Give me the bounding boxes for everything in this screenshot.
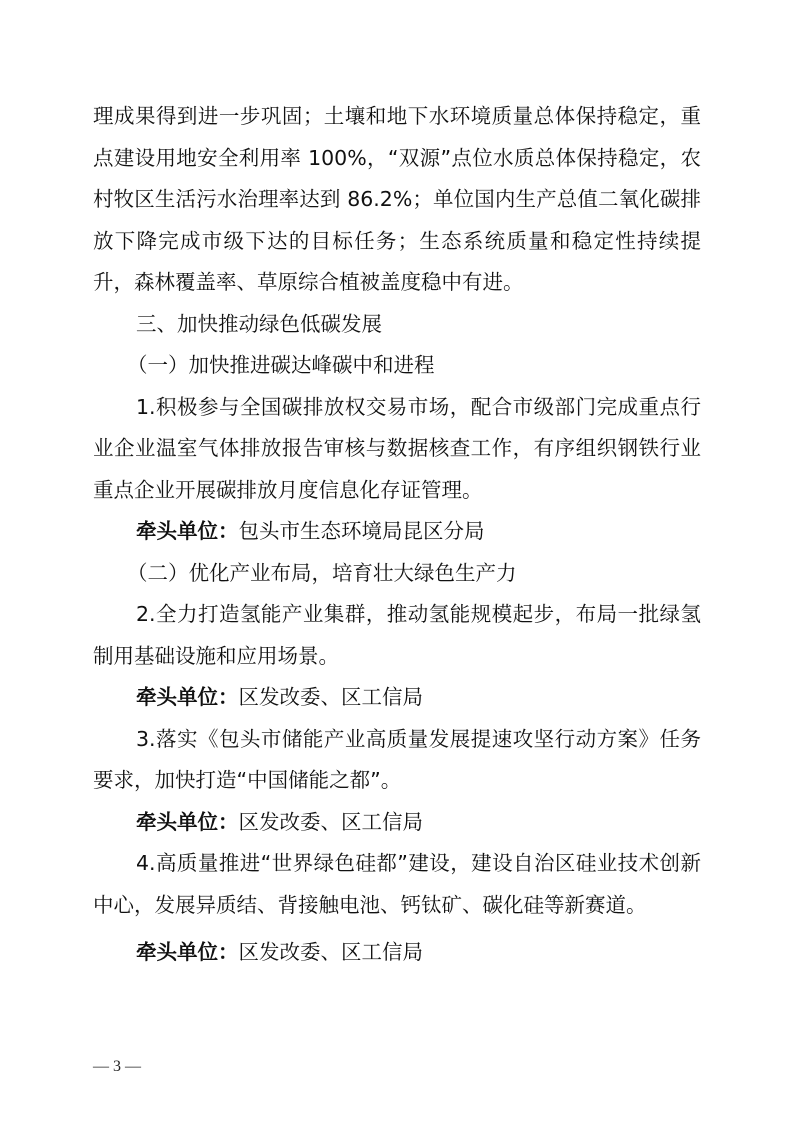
subsection-heading-2: （二）优化产业布局，培育壮大绿色生产力	[93, 553, 701, 595]
document-page: 理成果得到进一步巩固；土壤和地下水环境质量总体保持稳定，重点建设用地安全利用率 …	[93, 96, 701, 974]
item-paragraph-2: 2.全力打造氢能产业集群，推动氢能规模起步，布局一批绿氢制用基础设施和应用场景。	[93, 594, 701, 677]
lead-unit-label: 牵头单位：	[136, 685, 239, 709]
lead-unit-label: 牵头单位：	[136, 940, 239, 964]
item-paragraph-1: 1.积极参与全国碳排放权交易市场，配合市级部门完成重点行业企业温室气体排放报告审…	[93, 387, 701, 512]
lead-unit-4: 牵头单位：区发改委、区工信局	[93, 932, 701, 974]
lead-unit-value: 区发改委、区工信局	[239, 685, 424, 709]
item-paragraph-4: 4.高质量推进“世界绿色硅都”建设，建设自治区硅业技术创新中心，发展异质结、背接…	[93, 843, 701, 926]
lead-unit-value: 包头市生态环境局昆区分局	[239, 519, 485, 543]
lead-unit-2: 牵头单位：区发改委、区工信局	[93, 677, 701, 719]
lead-unit-1: 牵头单位：包头市生态环境局昆区分局	[93, 511, 701, 553]
lead-unit-value: 区发改委、区工信局	[239, 940, 424, 964]
item-paragraph-3: 3.落实《包头市储能产业高质量发展提速攻坚行动方案》任务要求，加快打造“中国储能…	[93, 719, 701, 802]
section-heading-3: 三、加快推动绿色低碳发展	[93, 304, 701, 346]
page-number: — 3 —	[93, 1058, 141, 1076]
lead-unit-value: 区发改委、区工信局	[239, 810, 424, 834]
lead-unit-label: 牵头单位：	[136, 519, 239, 543]
lead-unit-label: 牵头单位：	[136, 810, 239, 834]
subsection-heading-1: （一）加快推进碳达峰碳中和进程	[93, 345, 701, 387]
body-paragraph-continued: 理成果得到进一步巩固；土壤和地下水环境质量总体保持稳定，重点建设用地安全利用率 …	[93, 96, 701, 304]
lead-unit-3: 牵头单位：区发改委、区工信局	[93, 802, 701, 844]
